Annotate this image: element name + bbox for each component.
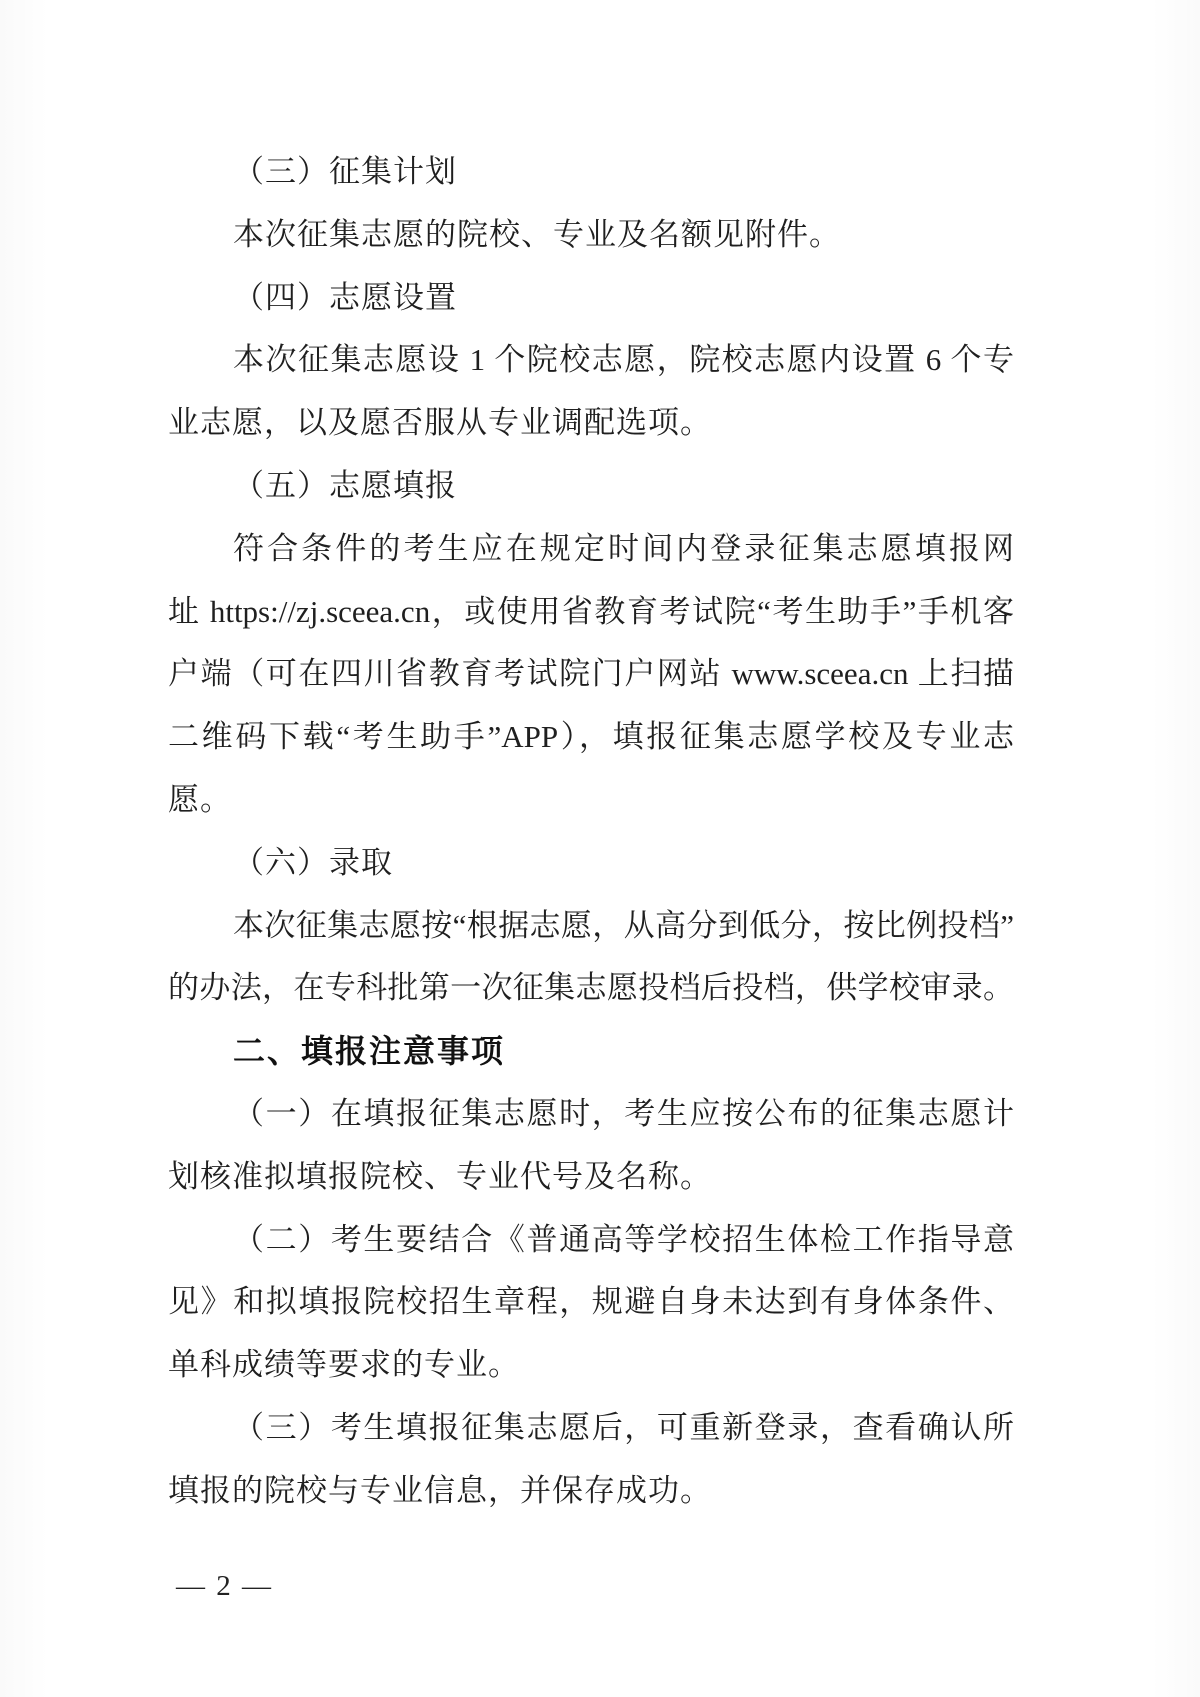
text-line: 本次征集志愿设 1 个院校志愿，院校志愿内设置 6 个专 [168,329,1014,392]
text-line: 单科成绩等要求的专业。 [168,1334,1014,1397]
text-line: （二）考生要结合《普通高等学校招生体检工作指导意 [168,1209,1014,1272]
text-line: （三）考生填报征集志愿后，可重新登录，查看确认所 [168,1397,1014,1460]
text-line: 户端（可在四川省教育考试院门户网站 www.sceea.cn 上扫描 [168,643,1014,706]
text-line: 填报的院校与专业信息，并保存成功。 [168,1460,1014,1523]
text-line: （五）志愿填报 [168,455,1014,518]
page-number: — 2 — [176,1566,273,1606]
text-line: （四）志愿设置 [168,267,1014,330]
text-line: 见》和拟填报院校招生章程，规避自身未达到有身体条件、 [168,1271,1014,1334]
text-line: 本次征集志愿的院校、专业及名额见附件。 [168,204,1014,267]
text-line: 业志愿，以及愿否服从专业调配选项。 [168,392,1014,455]
text-line: 址 https://zj.sceea.cn，或使用省教育考试院“考生助手”手机客 [168,581,1014,644]
section-heading: 二、填报注意事项 [168,1020,1014,1083]
text-line: 的办法，在专科批第一次征集志愿投档后投档，供学校审录。 [168,957,1014,1020]
text-line: 本次征集志愿按“根据志愿，从高分到低分，按比例投档” [168,895,1014,958]
document-page: （三）征集计划本次征集志愿的院校、专业及名额见附件。（四）志愿设置本次征集志愿设… [0,0,1200,1697]
text-line: （六）录取 [168,832,1014,895]
text-line: 二维码下载“考生助手”APP），填报征集志愿学校及专业志 [168,706,1014,769]
text-line: 划核准拟填报院校、专业代号及名称。 [168,1146,1014,1209]
text-line: 符合条件的考生应在规定时间内登录征集志愿填报网 [168,518,1014,581]
text-line: （一）在填报征集志愿时，考生应按公布的征集志愿计 [168,1083,1014,1146]
text-line: （三）征集计划 [168,141,1014,204]
document-body: （三）征集计划本次征集志愿的院校、专业及名额见附件。（四）志愿设置本次征集志愿设… [168,141,1014,1523]
text-line: 愿。 [168,769,1014,832]
